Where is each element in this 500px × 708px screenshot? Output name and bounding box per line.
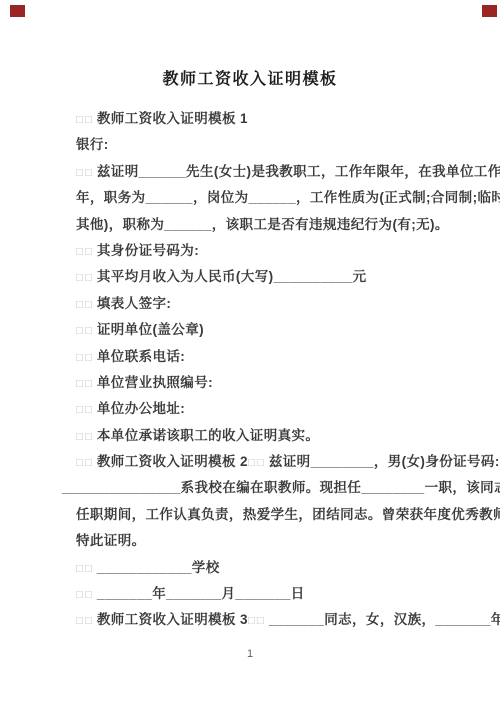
placeholder-box: □□ — [76, 431, 94, 443]
line-text: _______________系我校在编在职教师。现担任________一职，该… — [62, 480, 500, 495]
line-text: 其身份证号码为: — [97, 243, 199, 258]
line-text: 兹证明________，男(女)身份证号码: — [269, 454, 500, 469]
document-line: □□教师工资收入证明模板 3□□_______同志，女，汉族，_______年 — [76, 607, 444, 633]
line-text: 银行: — [76, 137, 109, 152]
document-line: □□____________学校 — [76, 555, 444, 581]
placeholder-box: □□ — [76, 589, 94, 601]
placeholder-box: □□ — [76, 272, 94, 284]
document-line: _______________系我校在编在职教师。现担任________一职，该… — [62, 475, 444, 501]
document-line: □□教师工资收入证明模板 1 — [76, 106, 444, 132]
line-text: 其他)，职称为______，该职工是否有违规违纪行为(有;无)。 — [76, 217, 449, 232]
placeholder-box: □□ — [76, 114, 94, 126]
line-text: _______同志，女，汉族，_______年 — [269, 612, 500, 627]
placeholder-box: □□ — [76, 352, 94, 364]
document-body: □□教师工资收入证明模板 1银行:□□兹证明______先生(女士)是我教职工，… — [76, 106, 444, 634]
placeholder-box: □□ — [76, 457, 94, 469]
placeholder-box: □□ — [76, 325, 94, 337]
line-text: 证明单位(盖公章) — [97, 322, 204, 337]
line-text: 单位联系电话: — [97, 349, 185, 364]
document-title: 教师工资收入证明模板 — [0, 66, 500, 89]
document-line: □□_______年_______月_______日 — [76, 581, 444, 607]
placeholder-box: □□ — [76, 246, 94, 258]
corner-mark-left — [10, 5, 25, 17]
line-text: 教师工资收入证明模板 2 — [97, 454, 248, 469]
placeholder-box: □□ — [76, 167, 94, 179]
line-text: ____________学校 — [97, 560, 220, 575]
document-line: 特此证明。 — [76, 528, 444, 554]
document-line: 银行: — [76, 132, 444, 158]
placeholder-box: □□ — [76, 563, 94, 575]
document-line: 年，职务为______，岗位为______，工作性质为(正式制;合同制;临时制; — [76, 185, 444, 211]
document-line: □□其平均月收入为人民币(大写)__________元 — [76, 264, 444, 290]
document-line: □□教师工资收入证明模板 2□□兹证明________，男(女)身份证号码: — [76, 449, 444, 475]
line-text: 教师工资收入证明模板 1 — [97, 111, 248, 126]
page-number: 1 — [0, 648, 500, 660]
line-text: 特此证明。 — [76, 533, 146, 548]
document-line: □□单位办公地址: — [76, 396, 444, 422]
line-text: _______年_______月_______日 — [97, 586, 305, 601]
line-text: 兹证明______先生(女士)是我教职工，工作年限年，在我单位工作 — [97, 164, 500, 179]
line-text: 本单位承诺该职工的收入证明真实。 — [97, 428, 319, 443]
line-text: 其平均月收入为人民币(大写)__________元 — [97, 269, 367, 284]
document-line: □□单位营业执照编号: — [76, 370, 444, 396]
document-line: □□证明单位(盖公章) — [76, 317, 444, 343]
line-text: 单位办公地址: — [97, 401, 185, 416]
line-text: 年，职务为______，岗位为______，工作性质为(正式制;合同制;临时制; — [76, 190, 500, 205]
document-line: □□其身份证号码为: — [76, 238, 444, 264]
document-line: 其他)，职称为______，该职工是否有违规违纪行为(有;无)。 — [76, 212, 444, 238]
document-line: □□填表人签字: — [76, 291, 444, 317]
placeholder-box: □□ — [76, 299, 94, 311]
document-line: 任职期间，工作认真负责，热爱学生，团结同志。曾荣获年度优秀教师。 — [76, 502, 444, 528]
placeholder-box: □□ — [76, 404, 94, 416]
line-text: 单位营业执照编号: — [97, 375, 213, 390]
document-line: □□单位联系电话: — [76, 344, 444, 370]
document-page: 教师工资收入证明模板 □□教师工资收入证明模板 1银行:□□兹证明______先… — [0, 0, 500, 708]
line-text: 教师工资收入证明模板 3 — [97, 612, 248, 627]
corner-mark-right — [482, 5, 497, 17]
placeholder-box: □□ — [76, 615, 94, 627]
placeholder-box: □□ — [248, 457, 266, 469]
document-line: □□兹证明______先生(女士)是我教职工，工作年限年，在我单位工作 — [76, 159, 444, 185]
line-text: 任职期间，工作认真负责，热爱学生，团结同志。曾荣获年度优秀教师。 — [76, 507, 500, 522]
placeholder-box: □□ — [76, 378, 94, 390]
placeholder-box: □□ — [248, 615, 266, 627]
document-line: □□本单位承诺该职工的收入证明真实。 — [76, 423, 444, 449]
line-text: 填表人签字: — [97, 296, 171, 311]
